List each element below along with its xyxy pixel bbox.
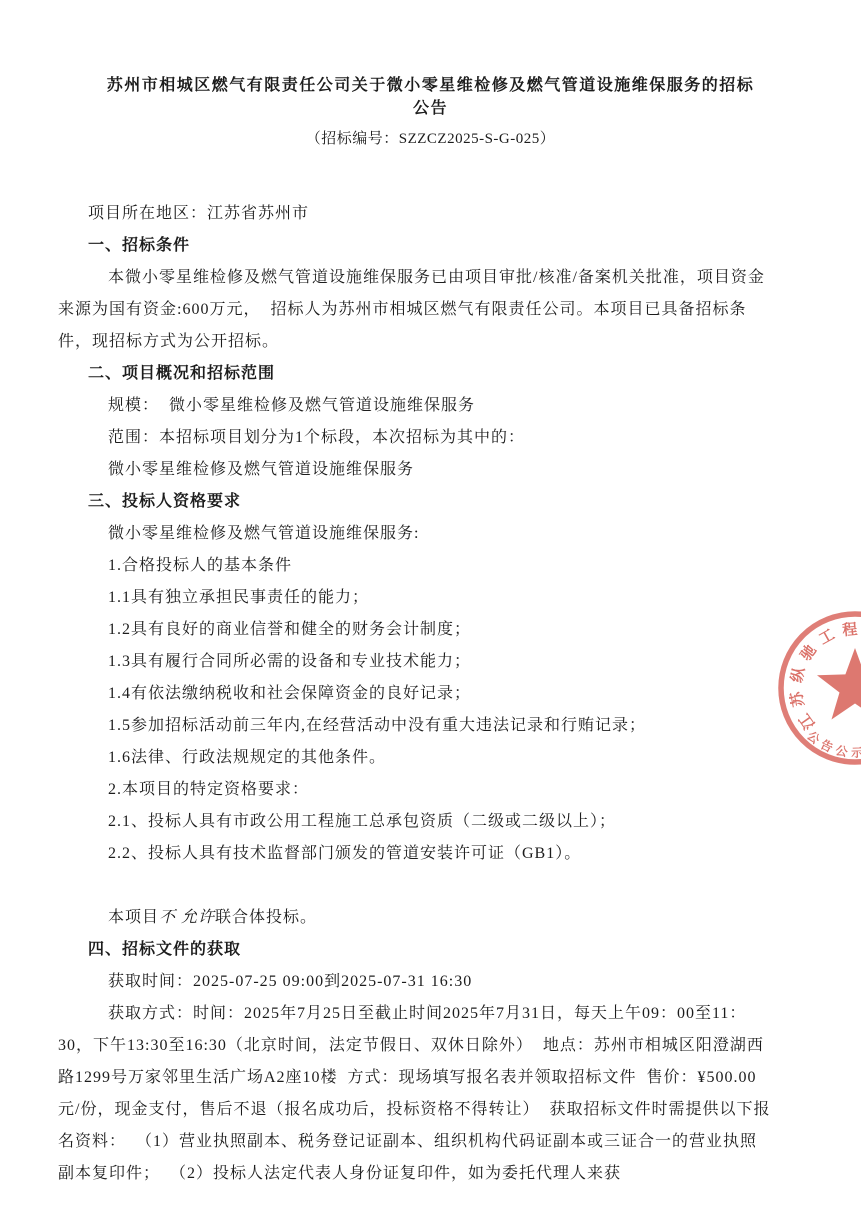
- paragraph: 2.本项目的特定资格要求：: [58, 774, 773, 806]
- document-title: 苏州市相城区燃气有限责任公司关于微小零星维检修及燃气管道设施维保服务的招标 公告: [80, 74, 781, 120]
- seal-arc-char: 纵: [788, 665, 809, 685]
- text-run: 联合体投标。: [215, 909, 317, 926]
- paragraph: 1.3具有履行合同所必需的设备和专业技术能力；: [58, 646, 773, 678]
- paragraph: 1.2具有良好的商业信誉和健全的财务会计制度；: [58, 614, 773, 646]
- paragraph: 1.1具有独立承担民事责任的能力；: [58, 582, 773, 614]
- paragraph: 1.合格投标人的基本条件: [58, 550, 773, 582]
- paragraph: 1.4有依法缴纳税收和社会保障资金的良好记录；: [58, 678, 773, 710]
- seal-arc-char: 苏: [787, 689, 808, 708]
- seal-bottom-char: 告: [818, 736, 835, 755]
- seal-ring-circle: [781, 614, 861, 762]
- paragraph: 本微小零星维检修及燃气管道设施维保服务已由项目审批/核准/备案机关批准，项目资金…: [58, 262, 773, 358]
- paragraph: 微小零星维检修及燃气管道设施维保服务: [58, 454, 773, 486]
- seal-bottom-text: 公 告 公 示: [804, 728, 861, 760]
- seal-arc-text: 江 苏 纵 驰 工 程: [787, 620, 858, 733]
- seal-bottom-char: 公: [804, 728, 822, 746]
- section-heading: 一、招标条件: [58, 230, 773, 262]
- paragraph: 1.6法律、行政法规规定的其他条件。: [58, 742, 773, 774]
- paragraph: 2.2、投标人具有技术监督部门颁发的管道安装许可证（GB1）。: [58, 838, 773, 870]
- blank-line: [58, 870, 773, 902]
- seal-arc-char: 工: [817, 627, 838, 648]
- paragraph: 获取时间：2025-07-25 09:00到2025-07-31 16:30: [58, 966, 773, 998]
- paragraph: 获取方式：时间：2025年7月25日至截止时间2025年7月31日，每天上午09…: [58, 998, 773, 1190]
- official-seal: 江 苏 纵 驰 工 程 公 告 公 示: [770, 600, 861, 790]
- paragraph: 2.1、投标人具有市政公用工程施工总承包资质（二级或二级以上）；: [58, 806, 773, 838]
- seal-star-icon: [817, 648, 861, 720]
- seal-bottom-char: 示: [851, 746, 861, 760]
- document-body: 项目所在地区：江苏省苏州市一、招标条件本微小零星维检修及燃气管道设施维保服务已由…: [58, 198, 773, 1190]
- paragraph: 范围：本招标项目划分为1个标段，本次招标为其中的：: [58, 422, 773, 454]
- paragraph: 本项目不 允许联合体投标。: [58, 902, 773, 934]
- seal-bottom-char: 公: [834, 743, 849, 759]
- section-heading: 四、招标文件的获取: [58, 934, 773, 966]
- title-block: 苏州市相城区燃气有限责任公司关于微小零星维检修及燃气管道设施维保服务的招标 公告…: [0, 0, 861, 148]
- emphasis-italic: 不 允许: [159, 909, 215, 926]
- paragraph: 规模： 微小零星维检修及燃气管道设施维保服务: [58, 390, 773, 422]
- paragraph: 项目所在地区：江苏省苏州市: [58, 198, 773, 230]
- seal-arc-char: 江: [796, 709, 820, 733]
- seal-arc-char: 驰: [797, 642, 820, 664]
- seal-arc-char: 程: [842, 620, 859, 639]
- paragraph: 1.5参加招标活动前三年内,在经营活动中没有重大违法记录和行贿记录；: [58, 710, 773, 742]
- tender-number: （招标编号：SZZCZ2025-S-G-025）: [0, 127, 861, 148]
- text-run: 本项目: [108, 909, 159, 926]
- paragraph: 微小零星维检修及燃气管道设施维保服务:: [58, 518, 773, 550]
- section-heading: 二、项目概况和招标范围: [58, 358, 773, 390]
- section-heading: 三、投标人资格要求: [58, 486, 773, 518]
- tender-announcement-page: 苏州市相城区燃气有限责任公司关于微小零星维检修及燃气管道设施维保服务的招标 公告…: [0, 0, 861, 1232]
